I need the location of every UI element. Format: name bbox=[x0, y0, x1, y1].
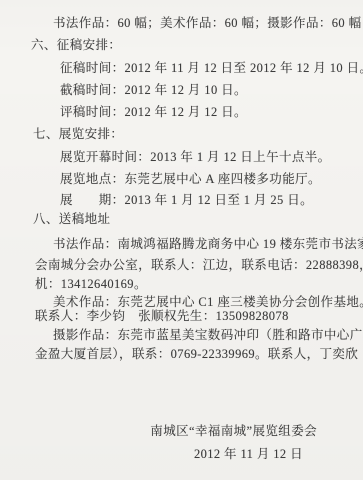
section8-heading: 八、送稿地址 bbox=[33, 211, 110, 228]
section7-exhibit-period: 展 期：2013 年 1 月 12 日至 1 月 25 日。 bbox=[60, 192, 313, 209]
calligraphy-address-line-3: 机：13412640169。 bbox=[35, 276, 147, 293]
section6-collection-time: 征稿时间：2012 年 11 月 12 日至 2012 年 12 月 10 日。 bbox=[60, 60, 363, 77]
section6-heading: 六、征稿安排： bbox=[31, 37, 121, 54]
section6-review-time: 评稿时间：2012 年 12 月 12 日。 bbox=[60, 104, 247, 121]
calligraphy-address-line-2: 会南城分会办公室，联系人：江边，联系电话：22888398，手 bbox=[35, 257, 363, 274]
art-address-line-2: 联系人：李少钧 张顺权先生：13509828078 bbox=[35, 308, 289, 325]
calligraphy-address-line-1: 书法作品：南城鸿福路腾龙商务中心 19 楼东莞市书法家协 bbox=[53, 236, 363, 253]
section7-venue: 展览地点：东莞艺展中心 A 座四楼多功能厅。 bbox=[60, 171, 321, 188]
section6-deadline-time: 截稿时间：2012 年 12 月 10 日。 bbox=[60, 82, 247, 99]
section7-opening-time: 展览开幕时间：2013 年 1 月 12 日上午十点半。 bbox=[60, 149, 331, 166]
document-page: 书法作品：60 幅；美术作品：60 幅；摄影作品：60 幅； 六、征稿安排： 征… bbox=[0, 0, 363, 480]
photography-address-line-1: 摄影作品：东莞市蓝星美宝数码冲印（胜和路市中心广场 bbox=[53, 327, 363, 344]
section7-heading: 七、展览安排： bbox=[33, 126, 123, 143]
works-quota-line: 书法作品：60 幅；美术作品：60 幅；摄影作品：60 幅； bbox=[53, 15, 363, 32]
signature-date: 2012 年 11 月 12 日 bbox=[194, 446, 303, 463]
signature-organization: 南城区“幸福南城”展览组委会 bbox=[150, 423, 317, 440]
photography-address-line-2: 金盈大厦首层），联系：0769-22339969。联系人，丁奕欣 bbox=[35, 346, 358, 363]
